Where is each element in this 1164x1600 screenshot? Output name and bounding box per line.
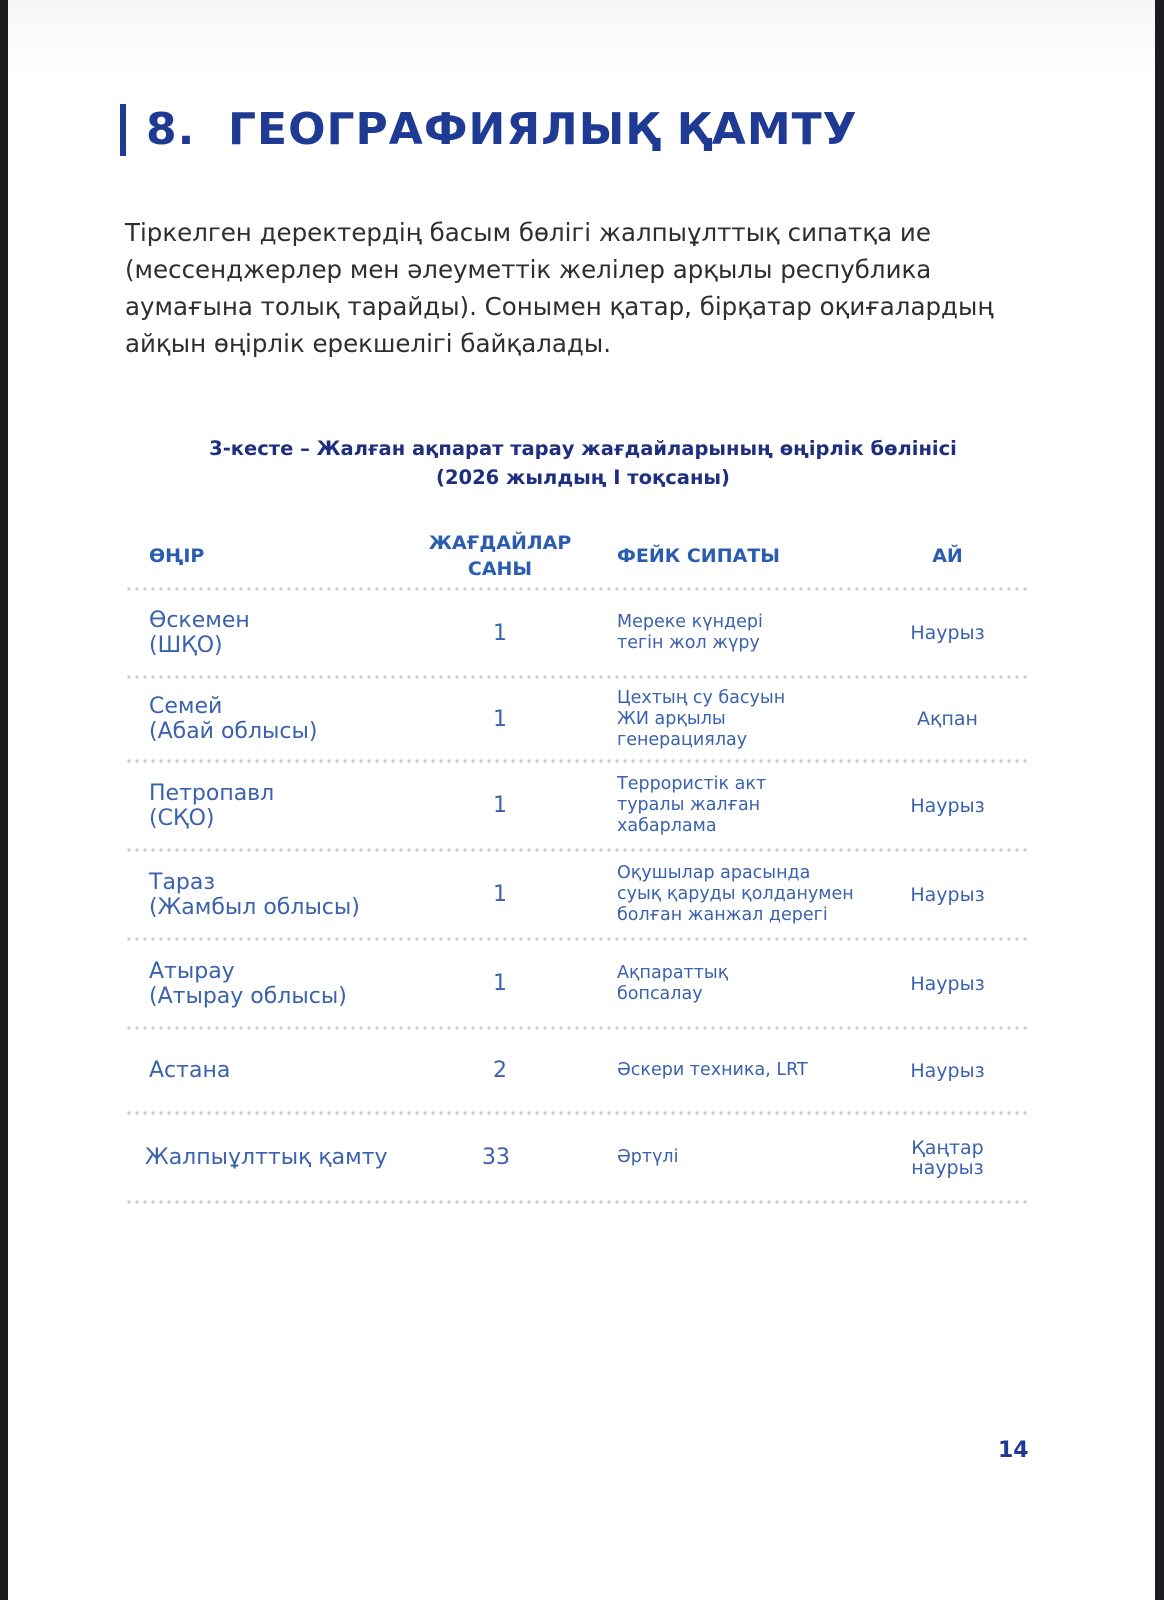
table-row: Тараз(Жамбыл облысы)1Оқушылар арасындасу… [125, 852, 1030, 937]
intro-paragraph: Тіркелген деректердің басым бөлігі жалпы… [125, 214, 1025, 362]
cell-count: 2 [425, 1058, 575, 1083]
table-header-row: ӨҢІР ЖАҒДАЙЛАР САНЫ ФЕЙК СИПАТЫ АЙ [125, 525, 1030, 587]
cell-region: Семей(Абай облысы) [125, 694, 425, 744]
cell-count: 33 [425, 1145, 575, 1170]
cell-region: Петропавл(СҚО) [125, 781, 425, 831]
row-divider [125, 1200, 1030, 1204]
cell-month: Наурыз [865, 623, 1030, 643]
cell-region: Өскемен(ШҚО) [125, 608, 425, 658]
cell-region: Атырау(Атырау облысы) [125, 959, 425, 1009]
header-count: ЖАҒДАЙЛАР САНЫ [425, 530, 575, 582]
cell-region: Тараз(Жамбыл облысы) [125, 870, 425, 920]
cell-fake: Әртүлі [575, 1147, 865, 1168]
cell-count: 1 [425, 882, 575, 907]
section-heading: 8. ГЕОГРАФИЯЛЫҚ ҚАМТУ [120, 104, 858, 156]
table-caption-line2: (2026 жылдың І тоқсаны) [108, 463, 1058, 492]
cell-count: 1 [425, 793, 575, 818]
cell-region: Жалпыұлттық қамту [125, 1145, 425, 1170]
cell-count: 1 [425, 971, 575, 996]
cell-region: Астана [125, 1058, 425, 1083]
header-fake: ФЕЙК СИПАТЫ [575, 543, 865, 569]
cell-fake: Ақпараттықбопсалау [575, 963, 865, 1005]
table-caption: 3-кесте – Жалған ақпарат тарау жағдайлар… [108, 434, 1058, 492]
cell-month: Наурыз [865, 1061, 1030, 1081]
cell-month: Қаңтарнаурыз [865, 1138, 1030, 1178]
cell-month: Наурыз [865, 974, 1030, 994]
table-row: Астана2Әскери техника, LRTНаурыз [125, 1030, 1030, 1111]
cell-month: Наурыз [865, 885, 1030, 905]
section-title-text: ГЕОГРАФИЯЛЫҚ ҚАМТУ [228, 104, 858, 155]
cell-count: 1 [425, 621, 575, 646]
table-body: Өскемен(ШҚО)1Мереке күндерітегін жол жүр… [125, 591, 1030, 1204]
cell-month: Наурыз [865, 796, 1030, 816]
table-row: Атырау(Атырау облысы)1Ақпараттықбопсалау… [125, 941, 1030, 1026]
table-caption-line1: 3-кесте – Жалған ақпарат тарау жағдайлар… [108, 434, 1058, 463]
header-count-line1: ЖАҒДАЙЛАР [425, 530, 575, 556]
cell-fake: Әскери техника, LRT [575, 1060, 865, 1081]
cell-fake: Мереке күндерітегін жол жүру [575, 612, 865, 654]
cell-count: 1 [425, 707, 575, 732]
section-title: 8. ГЕОГРАФИЯЛЫҚ ҚАМТУ [146, 104, 858, 156]
page-top-shade [8, 0, 1155, 75]
regional-table: ӨҢІР ЖАҒДАЙЛАР САНЫ ФЕЙК СИПАТЫ АЙ Өскем… [125, 525, 1030, 1204]
heading-accent-bar [120, 104, 126, 156]
document-page: 8. ГЕОГРАФИЯЛЫҚ ҚАМТУ Тіркелген деректер… [8, 0, 1155, 1600]
table-row: Семей(Абай облысы)1Цехтың су басуынЖИ ар… [125, 679, 1030, 759]
cell-fake: Оқушылар арасындасуық қаруды қолдануменб… [575, 863, 865, 926]
table-row: Өскемен(ШҚО)1Мереке күндерітегін жол жүр… [125, 591, 1030, 675]
page-number: 14 [998, 1438, 1029, 1463]
table-row: Петропавл(СҚО)1Террористік акттуралы жал… [125, 763, 1030, 848]
cell-fake: Террористік акттуралы жалғанхабарлама [575, 774, 865, 837]
header-count-line2: САНЫ [425, 556, 575, 582]
cell-month: Ақпан [865, 709, 1030, 729]
cell-fake: Цехтың су басуынЖИ арқылыгенерациялау [575, 688, 865, 751]
header-month: АЙ [865, 543, 1030, 569]
table-row: Жалпыұлттық қамту33ӘртүліҚаңтарнаурыз [125, 1115, 1030, 1200]
header-region: ӨҢІР [125, 543, 425, 569]
section-number: 8. [146, 104, 195, 155]
